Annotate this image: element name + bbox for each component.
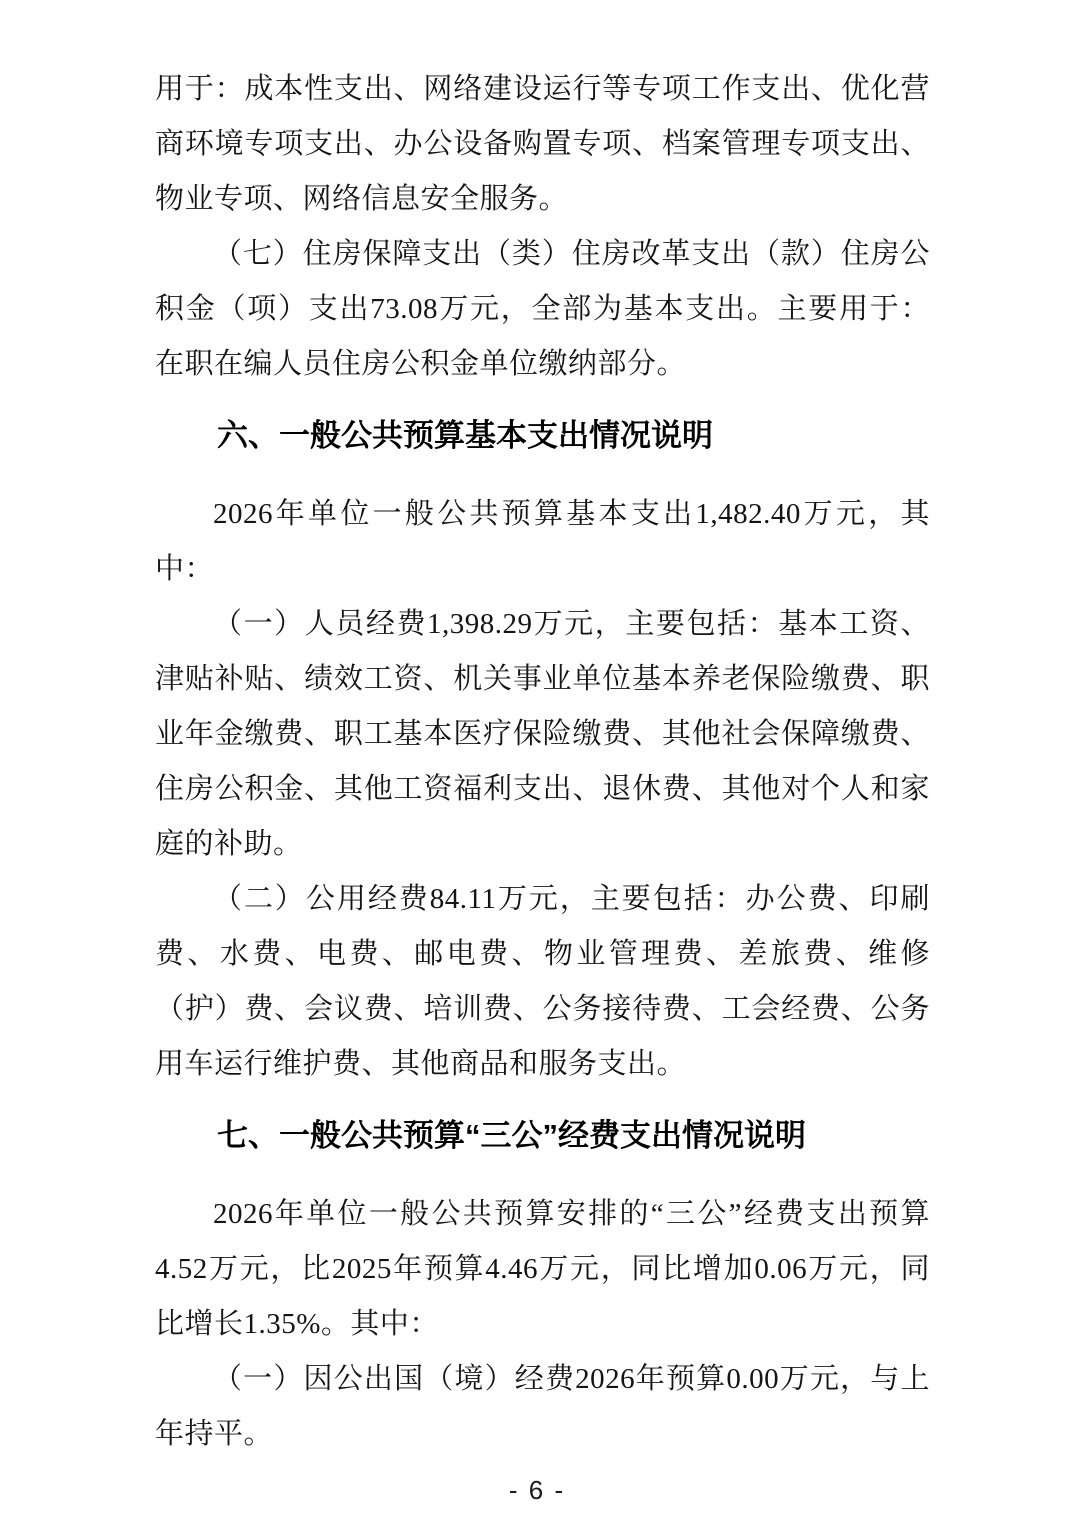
section-heading: 六、一般公共预算基本支出情况说明 (155, 408, 930, 463)
paragraph: （二）公用经费84.11万元，主要包括：办公费、印刷费、水费、电费、邮电费、物业… (155, 872, 930, 1092)
paragraph: 用于：成本性支出、网络建设运行等专项工作支出、优化营商环境专项支出、办公设备购置… (155, 62, 930, 227)
section-heading: 七、一般公共预算“三公”经费支出情况说明 (155, 1108, 930, 1163)
document-page: 用于：成本性支出、网络建设运行等专项工作支出、优化营商环境专项支出、办公设备购置… (0, 0, 1074, 1520)
paragraph: 2026年单位一般公共预算安排的“三公”经费支出预算4.52万元，比2025年预… (155, 1187, 930, 1352)
paragraph: （七）住房保障支出（类）住房改革支出（款）住房公积金（项）支出73.08万元，全… (155, 227, 930, 392)
page-footer: - 6 - (0, 1475, 1074, 1506)
paragraph: （一）人员经费1,398.29万元，主要包括：基本工资、津贴补贴、绩效工资、机关… (155, 597, 930, 872)
page-number: - 6 - (509, 1475, 565, 1505)
document-body: 用于：成本性支出、网络建设运行等专项工作支出、优化营商环境专项支出、办公设备购置… (155, 62, 930, 1462)
paragraph: （一）因公出国（境）经费2026年预算0.00万元，与上年持平。 (155, 1352, 930, 1462)
paragraph: 2026年单位一般公共预算基本支出1,482.40万元，其中： (155, 487, 930, 597)
